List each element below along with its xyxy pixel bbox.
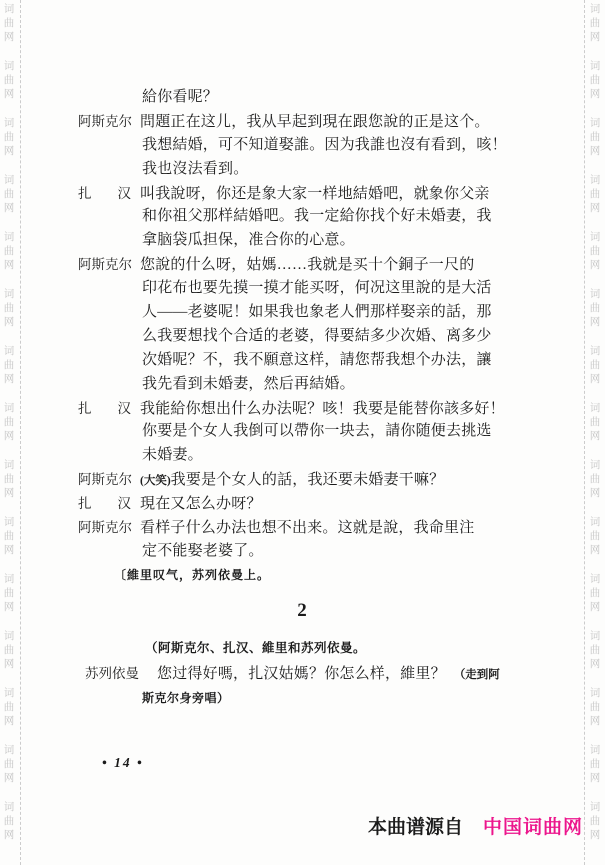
speaker-name-char: 尔 (119, 110, 133, 134)
line-text: 〔維里叹气，苏列依曼上。 (114, 568, 270, 582)
watermark-char: 词 (3, 173, 15, 187)
watermark-char: 曲 (589, 73, 601, 87)
watermark-char: 曲 (589, 700, 601, 714)
watermark-text: 词曲网 (589, 743, 601, 785)
watermark-text: 词曲网 (3, 59, 15, 101)
speaker-name: 阿斯克尔 (78, 468, 131, 492)
speaker-name-char: 斯 (92, 468, 106, 492)
watermark-char: 网 (3, 486, 15, 500)
watermark-char: 网 (589, 315, 601, 329)
script-line: 印花布也要先摸一摸才能买呀，何况这里說的是大活 (78, 277, 526, 301)
watermark-char: 曲 (589, 16, 601, 30)
line-text: 給你看呢？ (142, 89, 218, 105)
watermark-char: 曲 (3, 643, 15, 657)
watermark-char: 词 (3, 743, 15, 757)
watermark-char: 曲 (3, 358, 15, 372)
line-text: 問題正在这儿，我从早起到現在跟您說的正是这个。 (140, 114, 490, 130)
speaker-name-char: 汉 (118, 492, 132, 516)
watermark-char: 词 (589, 344, 601, 358)
source-brand-label: 中国词曲网 (483, 817, 583, 838)
script-line: 給你看呢？ (78, 86, 526, 110)
watermark-char: 网 (3, 429, 15, 443)
watermark-char: 词 (589, 59, 601, 73)
line-text: 叫我說呀，你还是象大家一样地結婚吧，就象你父亲 (140, 186, 490, 202)
script-line: 我也沒法看到。 (78, 158, 526, 182)
dialogue-line: 扎汉我能給你想出什么办法呢？咳！我要是能替你該多好！ (78, 397, 526, 421)
speaker-name-char: 克 (105, 468, 119, 492)
watermark-char: 网 (589, 87, 601, 101)
watermark-char: 词 (589, 2, 601, 16)
watermark-text: 词曲网 (589, 572, 601, 614)
watermark-char: 网 (3, 315, 15, 329)
watermark-text: 词曲网 (589, 2, 601, 44)
watermark-char: 网 (3, 87, 15, 101)
left-dashed-border (20, 0, 21, 865)
speaker-name: 阿斯克尔 (78, 110, 131, 134)
watermark-char: 词 (589, 116, 601, 130)
line-text: 定不能娶老婆了。 (142, 543, 264, 559)
watermark-char: 词 (589, 743, 601, 757)
script-line: 我想結婚，可不知道娶誰。因为我誰也沒有看到，咳！ (78, 134, 526, 158)
watermark-char: 曲 (589, 415, 601, 429)
watermark-char: 词 (3, 401, 15, 415)
script-line: 斯克尔身旁唱） (78, 686, 526, 711)
watermark-char: 网 (3, 828, 15, 842)
watermark-text: 词曲网 (589, 401, 601, 443)
watermark-text: 词曲网 (3, 800, 15, 842)
watermark-char: 网 (589, 372, 601, 386)
line-text: 人——老婆呢！如果我也象老人們那样娶亲的話，那 (142, 304, 492, 320)
speaker-name-char: 汉 (118, 182, 132, 206)
watermark-char: 网 (3, 30, 15, 44)
watermark-text: 词曲网 (3, 401, 15, 443)
line-text: 你要是个女人我倒可以帶你一块去，請你随便去挑选 (142, 423, 492, 439)
line-text: 看样子什么办法也想不出来。这就是說，我命里注 (140, 520, 474, 536)
right-watermark-column: 词曲网词曲网词曲网词曲网词曲网词曲网词曲网词曲网词曲网词曲网词曲网词曲网词曲网词… (589, 2, 601, 857)
watermark-char: 词 (3, 629, 15, 643)
dialogue-line: 阿斯克尔(大笑)我要是个女人的話，我还要未婚妻干嘛？ (78, 468, 526, 492)
script-line: 定不能娶老婆了。 (78, 540, 526, 564)
watermark-char: 曲 (3, 757, 15, 771)
watermark-text: 词曲网 (589, 515, 601, 557)
watermark-text: 词曲网 (589, 230, 601, 272)
line-text: 斯克尔身旁唱） (142, 691, 230, 705)
speaker-name: 阿斯克尔 (78, 516, 131, 540)
watermark-char: 曲 (589, 358, 601, 372)
script-text-block: 給你看呢？阿斯克尔問題正在这儿，我从早起到現在跟您說的正是这个。我想結婚，可不知… (78, 86, 526, 711)
watermark-char: 曲 (3, 130, 15, 144)
watermark-text: 词曲网 (3, 515, 15, 557)
watermark-char: 曲 (3, 301, 15, 315)
watermark-char: 词 (3, 230, 15, 244)
line-text: 您說的什么呀，姑媽……我就是买十个銅子一尺的 (140, 257, 474, 273)
line-text: 么我要想找个合适的老婆，得要結多少次婚、离多少 (142, 328, 492, 344)
line-text: 次婚呢？不，我不願意这样，請您帮我想个办法，讓 (142, 352, 492, 368)
source-prefix-label: 本曲谱源自 (368, 817, 463, 838)
watermark-text: 词曲网 (3, 743, 15, 785)
watermark-char: 词 (3, 686, 15, 700)
line-text: 您过得好嗎，扎汉姑媽？你怎么样，維里？ (157, 666, 446, 682)
watermark-char: 词 (589, 515, 601, 529)
watermark-char: 曲 (589, 529, 601, 543)
watermark-text: 词曲网 (589, 686, 601, 728)
dialogue-line: 阿斯克尔問題正在这儿，我从早起到現在跟您說的正是这个。 (78, 110, 526, 134)
left-watermark-column: 词曲网词曲网词曲网词曲网词曲网词曲网词曲网词曲网词曲网词曲网词曲网词曲网词曲网词… (3, 2, 15, 857)
line-text: （阿斯克尔、扎汉、維里和苏列依曼。 (145, 641, 366, 655)
speaker-name-char: 汉 (118, 397, 132, 421)
watermark-char: 曲 (3, 586, 15, 600)
speaker-name: 阿斯克尔 (78, 253, 131, 277)
watermark-char: 词 (589, 173, 601, 187)
line-text: 未婚妻。 (142, 447, 203, 463)
watermark-char: 网 (589, 30, 601, 44)
watermark-text: 词曲网 (3, 2, 15, 44)
watermark-char: 网 (3, 714, 15, 728)
line-text: 和你祖父那样結婚吧。我一定給你找个好未婚妻，我 (142, 208, 492, 224)
speaker-name-char: 克 (105, 253, 119, 277)
watermark-char: 网 (589, 201, 601, 215)
speaker-name: 苏列依曼 (85, 661, 138, 686)
watermark-char: 曲 (3, 415, 15, 429)
script-line: 拿脑袋瓜担保，准合你的心意。 (78, 229, 526, 253)
line-text: 我想結婚，可不知道娶誰。因为我誰也沒有看到，咳！ (142, 137, 507, 153)
speaker-name-char: 斯 (92, 516, 106, 540)
watermark-char: 词 (589, 401, 601, 415)
speaker-name-char: 苏 (85, 661, 99, 686)
watermark-text: 词曲网 (3, 287, 15, 329)
watermark-char: 词 (3, 458, 15, 472)
watermark-char: 网 (3, 201, 15, 215)
speaker-name: 扎汉 (78, 492, 131, 516)
watermark-char: 网 (589, 144, 601, 158)
watermark-char: 曲 (589, 130, 601, 144)
watermark-char: 网 (589, 258, 601, 272)
speaker-name-char: 尔 (119, 468, 133, 492)
line-text: 拿脑袋瓜担保，准合你的心意。 (142, 232, 355, 248)
watermark-char: 词 (3, 287, 15, 301)
watermark-text: 词曲网 (3, 572, 15, 614)
watermark-char: 网 (589, 828, 601, 842)
watermark-char: 词 (589, 230, 601, 244)
watermark-char: 曲 (3, 472, 15, 486)
watermark-char: 网 (589, 429, 601, 443)
watermark-char: 网 (3, 657, 15, 671)
dialogue-line: 阿斯克尔您說的什么呀，姑媽……我就是买十个銅子一尺的 (78, 253, 526, 277)
watermark-char: 词 (3, 572, 15, 586)
watermark-char: 网 (589, 714, 601, 728)
right-dashed-border (584, 0, 585, 865)
watermark-char: 词 (3, 116, 15, 130)
watermark-text: 词曲网 (589, 629, 601, 671)
watermark-char: 网 (589, 657, 601, 671)
watermark-char: 曲 (589, 187, 601, 201)
watermark-char: 词 (3, 515, 15, 529)
watermark-char: 曲 (3, 529, 15, 543)
watermark-char: 词 (589, 572, 601, 586)
script-line: 人——老婆呢！如果我也象老人們那样娶亲的話，那 (78, 301, 526, 325)
watermark-text: 词曲网 (589, 116, 601, 158)
line-text: 印花布也要先摸一摸才能买呀，何况这里說的是大活 (142, 280, 492, 296)
watermark-char: 词 (589, 458, 601, 472)
watermark-char: 网 (3, 543, 15, 557)
watermark-text: 词曲网 (589, 173, 601, 215)
watermark-char: 曲 (589, 814, 601, 828)
source-footer: 本曲谱源自中国词曲网 (368, 812, 583, 839)
script-line: 和你祖父那样結婚吧。我一定給你找个好未婚妻，我 (78, 205, 526, 229)
watermark-char: 曲 (3, 73, 15, 87)
watermark-char: 曲 (3, 700, 15, 714)
speaker-name: 扎汉 (78, 182, 131, 206)
watermark-char: 曲 (3, 244, 15, 258)
watermark-text: 词曲网 (3, 629, 15, 671)
watermark-char: 网 (3, 771, 15, 785)
dialogue-line: 扎汉現在又怎么办呀？ (78, 492, 526, 516)
script-line: （阿斯克尔、扎汉、維里和苏列依曼。 (78, 636, 526, 661)
dialogue-line: 苏列依曼您过得好嗎，扎汉姑媽？你怎么样，維里？（走到阿 (78, 661, 526, 686)
speaker-name-char: 克 (105, 110, 119, 134)
speaker-name-char: 阿 (78, 253, 92, 277)
watermark-char: 词 (589, 629, 601, 643)
speaker-name-char: 扎 (78, 182, 92, 206)
speaker-name-char: 阿 (78, 110, 92, 134)
watermark-char: 词 (3, 800, 15, 814)
watermark-char: 词 (589, 686, 601, 700)
speaker-name-char: 斯 (92, 253, 106, 277)
watermark-char: 曲 (3, 814, 15, 828)
watermark-char: 曲 (589, 244, 601, 258)
watermark-char: 网 (3, 258, 15, 272)
watermark-char: 网 (589, 771, 601, 785)
watermark-text: 词曲网 (3, 686, 15, 728)
line-text: 我要是个女人的話，我还要未婚妻干嘛？ (171, 472, 445, 488)
watermark-char: 词 (3, 59, 15, 73)
watermark-text: 词曲网 (589, 344, 601, 386)
script-line: 我先看到未婚妻，然后再結婚。 (78, 373, 526, 397)
speaker-name-char: 依 (112, 661, 126, 686)
watermark-text: 词曲网 (589, 287, 601, 329)
dialogue-line: 阿斯克尔看样子什么办法也想不出来。这就是說，我命里注 (78, 516, 526, 540)
watermark-char: 曲 (589, 757, 601, 771)
watermark-char: 网 (3, 372, 15, 386)
watermark-char: 词 (3, 2, 15, 16)
watermark-char: 曲 (3, 16, 15, 30)
watermark-text: 词曲网 (3, 344, 15, 386)
line-text: 我能給你想出什么办法呢？咳！我要是能替你該多好！ (140, 401, 505, 417)
stage-note-inline: (大笑) (140, 475, 171, 487)
watermark-char: 网 (589, 486, 601, 500)
speaker-name-char: 尔 (119, 516, 133, 540)
watermark-char: 网 (3, 144, 15, 158)
watermark-char: 词 (589, 287, 601, 301)
watermark-text: 词曲网 (3, 230, 15, 272)
watermark-char: 曲 (589, 472, 601, 486)
speaker-name-char: 曼 (126, 661, 140, 686)
script-line: 你要是个女人我倒可以帶你一块去，請你随便去挑选 (78, 420, 526, 444)
watermark-char: 网 (589, 543, 601, 557)
speaker-name-char: 列 (99, 661, 113, 686)
line-text: 現在又怎么办呀？ (140, 496, 262, 512)
page-number: • 14 • (102, 755, 144, 771)
watermark-text: 词曲网 (589, 458, 601, 500)
watermark-char: 词 (589, 800, 601, 814)
scene-number-heading: 2 (78, 588, 526, 636)
line-text: 我先看到未婚妻，然后再結婚。 (142, 376, 355, 392)
watermark-char: 曲 (3, 187, 15, 201)
speaker-name-char: 扎 (78, 492, 92, 516)
watermark-text: 词曲网 (589, 800, 601, 842)
watermark-text: 词曲网 (3, 458, 15, 500)
line-text: 我也沒法看到。 (142, 161, 248, 177)
watermark-text: 词曲网 (3, 173, 15, 215)
speaker-name-char: 扎 (78, 397, 92, 421)
script-line: 未婚妻。 (78, 444, 526, 468)
script-line: 么我要想找个合适的老婆，得要結多少次婚、离多少 (78, 325, 526, 349)
speaker-name-char: 斯 (92, 110, 106, 134)
script-line: 〔維里叹气，苏列依曼上。 (78, 564, 526, 588)
speaker-name-char: 阿 (78, 468, 92, 492)
watermark-char: 曲 (589, 643, 601, 657)
dialogue-line: 扎汉叫我說呀，你还是象大家一样地結婚吧，就象你父亲 (78, 182, 526, 206)
watermark-char: 词 (3, 344, 15, 358)
watermark-char: 曲 (589, 301, 601, 315)
speaker-name-char: 克 (105, 516, 119, 540)
script-line: 次婚呢？不，我不願意这样，請您帮我想个办法，讓 (78, 349, 526, 373)
stage-note-inline: （走到阿 (454, 669, 500, 681)
watermark-text: 词曲网 (589, 59, 601, 101)
speaker-name-char: 尔 (119, 253, 133, 277)
watermark-text: 词曲网 (3, 116, 15, 158)
speaker-name: 扎汉 (78, 397, 131, 421)
watermark-char: 网 (3, 600, 15, 614)
watermark-char: 网 (589, 600, 601, 614)
watermark-char: 曲 (589, 586, 601, 600)
speaker-name-char: 阿 (78, 516, 92, 540)
line-text: 2 (297, 600, 307, 621)
